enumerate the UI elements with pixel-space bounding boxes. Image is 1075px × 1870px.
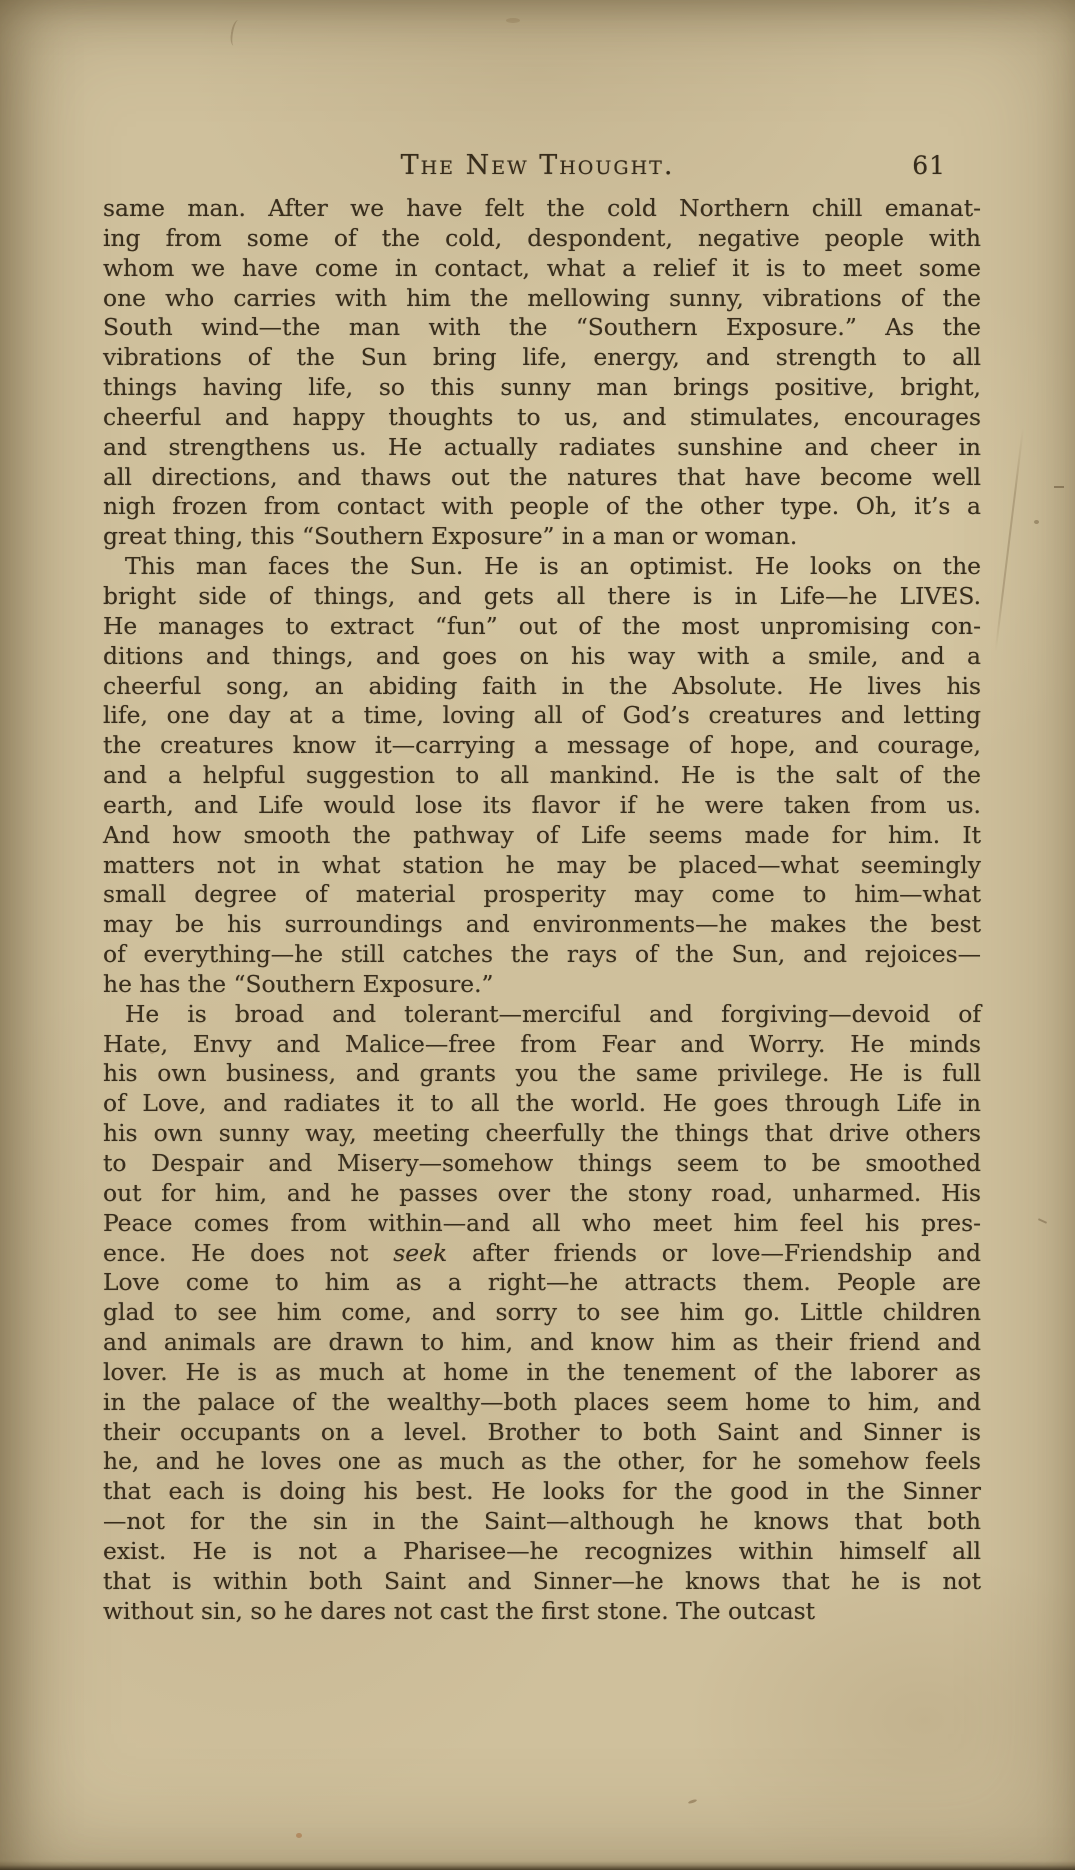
text-line: great thing, this “Southern Exposure” in… <box>103 522 981 552</box>
text-line: And how smooth the pathway of Life seems… <box>103 821 981 851</box>
text-line: lover. He is as much at home in the tene… <box>103 1358 981 1388</box>
book-page: The New Thought. 61 same man. After we h… <box>0 0 1075 1870</box>
text-line: all directions, and thaws out the nature… <box>103 463 981 493</box>
text-line: glad to see him come, and sorry to see h… <box>103 1298 981 1328</box>
running-head: The New Thought. 61 <box>0 148 1075 184</box>
paper-speck <box>688 1799 697 1805</box>
text-line: He is broad and tolerant—merciful and fo… <box>103 1000 981 1030</box>
text-line: exist. He is not a Pharisee—he recognize… <box>103 1537 981 1567</box>
text-line: cheerful and happy thoughts to us, and s… <box>103 403 981 433</box>
text-line: same man. After we have felt the cold No… <box>103 194 981 224</box>
text-line: —not for the sin in the Saint—although h… <box>103 1507 981 1537</box>
page-number: 61 <box>858 148 946 184</box>
text-line: earth, and Life would lose its flavor if… <box>103 791 981 821</box>
text-line: vibrations of the Sun bring life, energy… <box>103 343 981 373</box>
paper-crease <box>995 428 1024 652</box>
text-line: whom we have come in contact, what a rel… <box>103 254 981 284</box>
text-line: matters not in what station he may be pl… <box>103 851 981 881</box>
text-line: He manages to extract “fun” out of the m… <box>103 612 981 642</box>
page-bottom-edge <box>0 1861 1075 1870</box>
text-line: that is within both Saint and Sinner—he … <box>103 1567 981 1597</box>
text-line: cheerful song, an abiding faith in the A… <box>103 672 981 702</box>
text-line: nigh frozen from contact with people of … <box>103 492 981 522</box>
text-line: and a helpful suggestion to all mankind.… <box>103 761 981 791</box>
paper-speck <box>1034 520 1039 524</box>
text-line: Love come to him as a right—he attracts … <box>103 1268 981 1298</box>
text-line: his own sunny way, meeting cheerfully th… <box>103 1119 981 1149</box>
text-line: This man faces the Sun. He is an optimis… <box>103 552 981 582</box>
text-line: without sin, so he dares not cast the fi… <box>103 1597 981 1627</box>
paper-speck <box>1038 1218 1047 1224</box>
paper-speck <box>1054 486 1064 488</box>
text-line: out for him, and he passes over the ston… <box>103 1179 981 1209</box>
text-line: and strengthens us. He actually radiates… <box>103 433 981 463</box>
paper-speck <box>296 1833 302 1838</box>
text-line: that each is doing his best. He looks fo… <box>103 1477 981 1507</box>
text-line: South wind—the man with the “Southern Ex… <box>103 313 981 343</box>
text-line: Hate, Envy and Malice—free from Fear and… <box>103 1030 981 1060</box>
text-line: of Love, and radiates it to all the worl… <box>103 1089 981 1119</box>
text-line: Peace comes from within—and all who meet… <box>103 1209 981 1239</box>
text-line: ditions and things, and goes on his way … <box>103 642 981 672</box>
text-line: of everything—he still catches the rays … <box>103 940 981 970</box>
text-line: ence. He does not seek after friends or … <box>103 1239 981 1269</box>
text-line: in the palace of the wealthy—both places… <box>103 1388 981 1418</box>
text-line: he, and he loves one as much as the othe… <box>103 1447 981 1477</box>
text-line: his own business, and grants you the sam… <box>103 1059 981 1089</box>
body-text: same man. After we have felt the cold No… <box>103 194 981 1627</box>
text-line: small degree of material prosperity may … <box>103 880 981 910</box>
text-line: to Despair and Misery—somehow things see… <box>103 1149 981 1179</box>
text-line: and animals are drawn to him, and know h… <box>103 1328 981 1358</box>
paper-speck <box>506 18 520 23</box>
text-line: he has the “Southern Exposure.” <box>103 970 981 1000</box>
text-line: the creatures know it—carrying a message… <box>103 731 981 761</box>
paper-speck <box>229 19 243 46</box>
text-line: bright side of things, and gets all ther… <box>103 582 981 612</box>
text-line: ing from some of the cold, despondent, n… <box>103 224 981 254</box>
text-line: life, one day at a time, loving all of G… <box>103 701 981 731</box>
text-line: one who carries with him the mellowing s… <box>103 284 981 314</box>
text-line: may be his surroundings and environments… <box>103 910 981 940</box>
text-line: things having life, so this sunny man br… <box>103 373 981 403</box>
text-line: their occupants on a level. Brother to b… <box>103 1418 981 1448</box>
